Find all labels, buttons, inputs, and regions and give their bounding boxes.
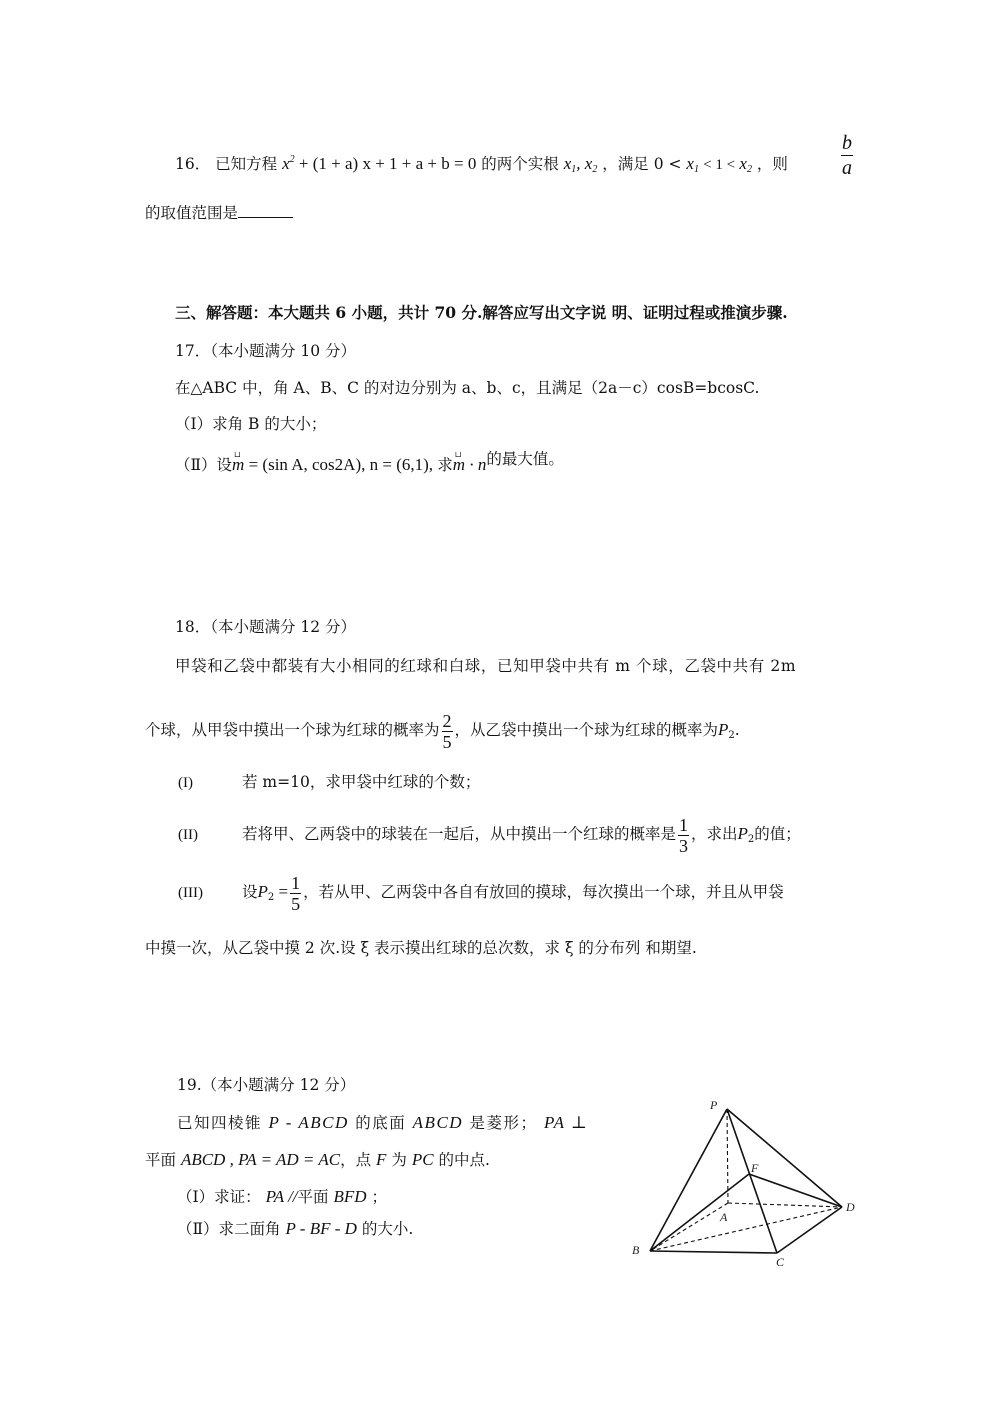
label-B: B xyxy=(632,1243,640,1257)
label-P: P xyxy=(709,1098,718,1112)
label-D: D xyxy=(845,1200,855,1214)
label-C: C xyxy=(776,1255,785,1269)
pyramid-figure: P F A D B C xyxy=(0,0,1000,1415)
label-A: A xyxy=(719,1210,728,1224)
label-F: F xyxy=(750,1161,759,1175)
